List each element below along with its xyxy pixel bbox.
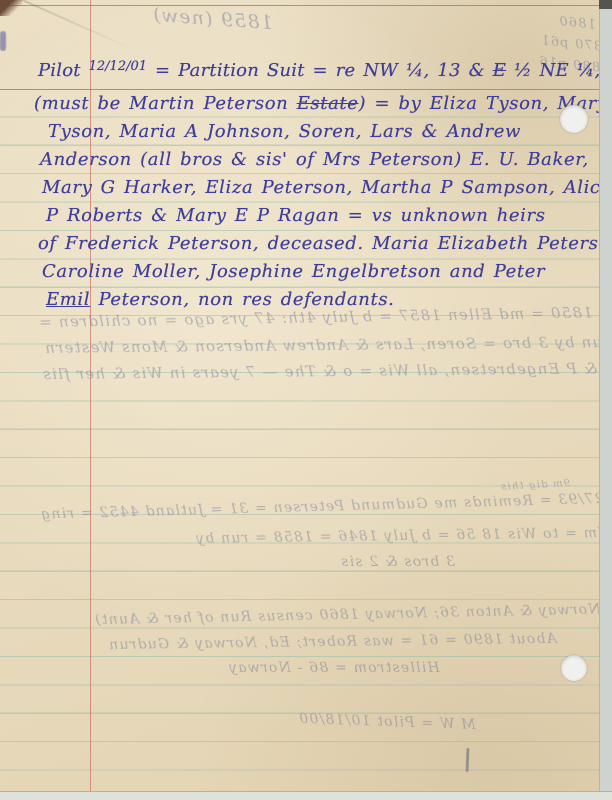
scan-corner-shadow [0,0,22,16]
source-label: Pilot [38,60,81,81]
red-margin-line [90,0,91,791]
line1-text: ½ NE ¼, 14-19-10 [506,60,612,81]
line1-text: = Partition Suit = re NW ¼, 13 & [155,60,493,81]
ghost-heading: 1859 (new) [151,4,273,34]
scan-background-bottom [0,791,612,800]
handwriting-line-9: Emil Peterson, non res defendants. [46,289,394,310]
scan-background-right [599,0,612,800]
struck-text: Estate [297,93,359,114]
handwriting-line-1: Pilot 12/12/01 = Partition Suit = re NW … [38,60,612,81]
ghost-paragraph-line: 3 bros & 2 sis [340,554,455,570]
handwriting-line-6: P Roberts & Mary E P Ragan = vs unknown … [46,205,546,226]
line9-text: Peterson, non res defendants. [90,289,394,310]
struck-text: E [493,60,506,81]
ink-smudge [0,31,6,51]
ghost-date-1860: 1860 [557,14,596,33]
scanned-notebook-page: 1859 (new) 1860 1870 p61 1880 p16 Wis 18… [0,0,612,800]
scan-background-corner [599,0,612,9]
hole-punch-bottom [561,655,587,681]
note-date: 12/12/01 [89,59,147,74]
ghost-paragraph-line: Hillestrom = 86 - Norway [228,660,440,676]
handwriting-line-4: Anderson (all bros & sis' of Mrs Peterso… [40,149,589,170]
hole-punch-top [560,105,588,133]
handwriting-line-5: Mary G Harker, Eliza Peterson, Martha P … [42,177,612,198]
handwriting-line-3: Tyson, Maria A Johnson, Soren, Lars & An… [48,121,521,142]
handwriting-line-7: of Frederick Peterson, deceased. Maria E… [38,233,612,254]
underlined-name: Emil [46,289,90,310]
line2-text: (must be Martin Peterson [34,93,297,114]
handwriting-line-2: (must be Martin Peterson Estate) = by El… [34,93,612,114]
handwriting-line-8: Caroline Moller, Josephine Engelbretson … [42,261,545,282]
